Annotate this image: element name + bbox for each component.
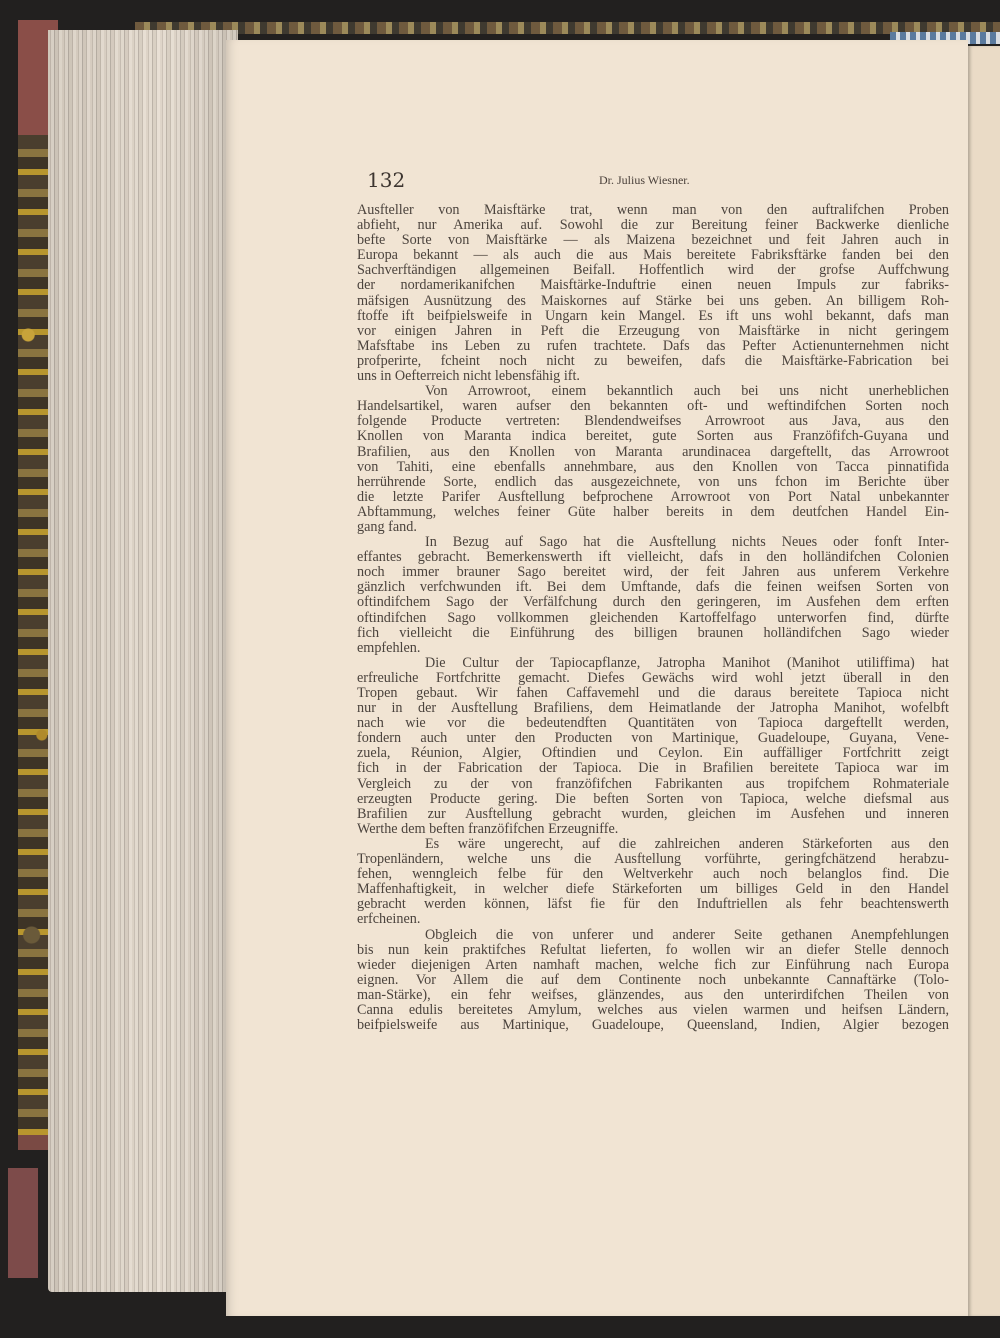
text-line: man-Stärke), ein fehr weifses, glänzende… bbox=[357, 988, 949, 1003]
text-line: Sachverftändigen allgemeinen Beifall. Ho… bbox=[357, 263, 949, 278]
marbled-cover-strip bbox=[18, 135, 52, 1135]
text-line: fondern auch unter den Producten von Mar… bbox=[357, 731, 949, 746]
text-line: gang fand. bbox=[357, 520, 949, 535]
text-line: folgende Producte vertreten: Blendendwei… bbox=[357, 414, 949, 429]
text-line: Die Cultur der Tapiocapflanze, Jatropha … bbox=[357, 656, 949, 671]
text-line: herrührende Sorte, endlich das ausgezeic… bbox=[357, 475, 949, 490]
text-line: Tropen gebaut. Wir fahen Caffavemehl und… bbox=[357, 686, 949, 701]
text-line: Mafsftabe ins Leben zu rufen trachtete. … bbox=[357, 339, 949, 354]
text-line: Europa bekannt — als auch die aus Mais b… bbox=[357, 248, 949, 263]
text-line: ftoffe ift beifpielsweife in Ungarn kein… bbox=[357, 309, 949, 324]
text-line: Brafilien zur Ausftellung gebracht wurde… bbox=[357, 807, 949, 822]
paragraph: Es wäre ungerecht, auf die zahlreichen a… bbox=[357, 837, 949, 928]
text-line: erzeugten Producte gering. Die beften So… bbox=[357, 792, 949, 807]
text-line: Es wäre ungerecht, auf die zahlreichen a… bbox=[357, 837, 949, 852]
page-body: Ausfteller von Maisftärke trat, wenn man… bbox=[357, 203, 949, 1033]
text-line: Brafilien, aus den Knollen von Maranta a… bbox=[357, 445, 949, 460]
paragraph: Ausfteller von Maisftärke trat, wenn man… bbox=[357, 203, 949, 384]
text-line: Vergleich zu der von franzöfifchen Fabri… bbox=[357, 777, 949, 792]
text-line: bis nun kein praktifches Refultat liefer… bbox=[357, 943, 949, 958]
page-stack-edge bbox=[48, 30, 238, 1292]
text-line: effantes gebracht. Bemerkenswerth ift vi… bbox=[357, 550, 949, 565]
text-line: zuela, Réunion, Algier, Oftindien und Ce… bbox=[357, 746, 949, 761]
text-line: beifpielsweife aus Martinique, Guadeloup… bbox=[357, 1018, 949, 1033]
text-line: oftindifchem Sago der Verfälfchung durch… bbox=[357, 595, 949, 610]
text-line: die letzte Parifer Ausftellung befproche… bbox=[357, 490, 949, 505]
text-line: gänzlich verfchwunden ift. Bei dem Umfta… bbox=[357, 580, 949, 595]
text-line: Knollen von Maranta indica bereitet, gut… bbox=[357, 429, 949, 444]
text-line: Abftammung, welches feiner Güte halber b… bbox=[357, 505, 949, 520]
text-line: In Bezug auf Sago hat die Ausftellung ni… bbox=[357, 535, 949, 550]
text-line: Handelsartikel, waren aufser den bekannt… bbox=[357, 399, 949, 414]
text-line: Obgleich die von unferer und anderer Sei… bbox=[357, 928, 949, 943]
text-line: fich vielleicht die Einführung des billi… bbox=[357, 626, 949, 641]
leather-corner-bottom bbox=[8, 1168, 38, 1278]
text-line: Ausfteller von Maisftärke trat, wenn man… bbox=[357, 203, 949, 218]
facing-page-edge bbox=[968, 46, 1000, 1316]
text-line: von Tahiti, eine ebenfalls annehmbare, a… bbox=[357, 460, 949, 475]
text-line: Canna edulis bereitetes Amylum, welches … bbox=[357, 1003, 949, 1018]
paragraph: Von Arrowroot, einem bekanntlich auch be… bbox=[357, 384, 949, 535]
text-line: mäfsigen Ausnützung des Maiskornes auf S… bbox=[357, 294, 949, 309]
text-line: noch immer brauner Sago bereitet wird, d… bbox=[357, 565, 949, 580]
running-head: Dr. Julius Wiesner. bbox=[599, 173, 690, 188]
text-line: oftindifchen Sago vollkommen gleichenden… bbox=[357, 611, 949, 626]
text-line: erfcheinen. bbox=[357, 912, 949, 927]
text-line: Maffenhaftigkeit, in welcher diefe Stärk… bbox=[357, 882, 949, 897]
text-line: erfreuliche Fortfchritte gemacht. Diefes… bbox=[357, 671, 949, 686]
text-line: wieder diejenigen Arten namhaft machen, … bbox=[357, 958, 949, 973]
text-line: Tropenländern, welche uns die Ausftellun… bbox=[357, 852, 949, 867]
text-line: vor einigen Jahren in Peft die Erzeugung… bbox=[357, 324, 949, 339]
page-number: 132 bbox=[367, 168, 405, 192]
paragraph: In Bezug auf Sago hat die Ausftellung ni… bbox=[357, 535, 949, 656]
text-line: uns in Oefterreich nicht lebensfähig ift… bbox=[357, 369, 949, 384]
text-line: fich in der Fabrication der Tapioca. Die… bbox=[357, 761, 949, 776]
text-line: nur in der Ausftellung Brafiliens, dem H… bbox=[357, 701, 949, 716]
text-line: Werthe dem beften franzöfifchen Erzeugni… bbox=[357, 822, 949, 837]
paragraph: Die Cultur der Tapiocapflanze, Jatropha … bbox=[357, 656, 949, 837]
text-line: fehen, wenngleich felbe für den Weltverk… bbox=[357, 867, 949, 882]
paragraph: Obgleich die von unferer und anderer Sei… bbox=[357, 928, 949, 1034]
text-line: Von Arrowroot, einem bekanntlich auch be… bbox=[357, 384, 949, 399]
text-line: nach wie vor die bedeutendften Quantität… bbox=[357, 716, 949, 731]
text-line: empfehlen. bbox=[357, 641, 949, 656]
text-line: eignen. Vor Allem die auf dem Continente… bbox=[357, 973, 949, 988]
text-line: gebracht werden können, läfst fie für de… bbox=[357, 897, 949, 912]
text-line: befte Sorte von Maisftärke — als Maizena… bbox=[357, 233, 949, 248]
text-line: profperirte, fcheint noch nicht zu bewei… bbox=[357, 354, 949, 369]
text-line: abfieht, nur Amerika auf. Sowohl die zur… bbox=[357, 218, 949, 233]
page-header: 132 Dr. Julius Wiesner. bbox=[367, 168, 947, 192]
marbled-top-band bbox=[135, 22, 1000, 34]
text-line: der nordamerikanifchen Maisftärke-Induft… bbox=[357, 278, 949, 293]
